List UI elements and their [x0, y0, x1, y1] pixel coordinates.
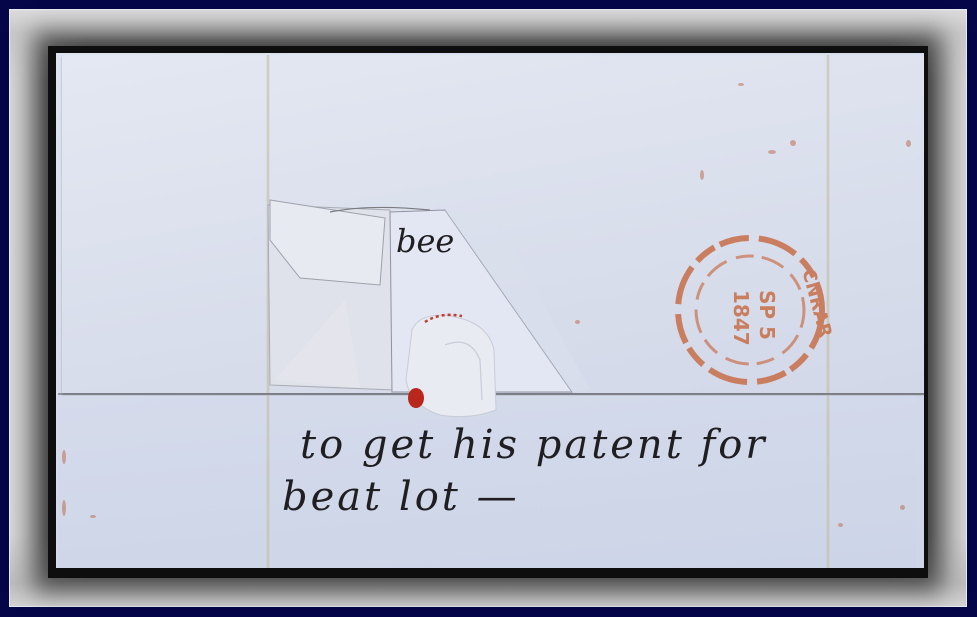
foxing-spot	[90, 515, 96, 518]
foxing-spot	[62, 450, 66, 464]
foxing-spot	[62, 500, 66, 516]
handwriting-line-1: to get his patent for	[300, 422, 768, 468]
foxing-spot	[900, 505, 905, 510]
foxing-spot	[838, 523, 843, 527]
foxing-spot	[700, 170, 704, 180]
foxing-spot	[575, 320, 580, 324]
foxing-spot	[790, 140, 796, 146]
foxing-spot	[768, 150, 776, 154]
foxing-spot	[906, 140, 911, 147]
foxing-spot	[738, 83, 744, 86]
handwriting: bee to get his patent for beat lot —	[0, 0, 977, 617]
handwriting-flap-word: bee	[396, 222, 454, 260]
handwriting-line-2: beat lot —	[282, 474, 520, 520]
